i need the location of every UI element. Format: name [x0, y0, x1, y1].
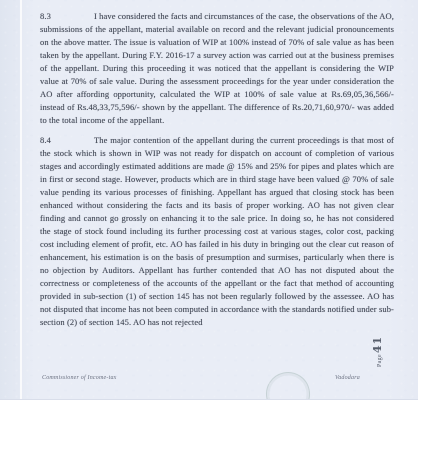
paragraph-number: 8.4	[40, 134, 94, 147]
document-body-text: 8.3I have considered the facts and circu…	[40, 10, 394, 336]
scanned-document-page: 8.3I have considered the facts and circu…	[0, 0, 418, 400]
page-number-value: 41	[371, 336, 384, 353]
paragraph-8-4: 8.4The major contention of the appellant…	[40, 134, 394, 329]
footer-office-title: Commissioner of Income-tax	[42, 375, 117, 381]
paragraph-text: I have considered the facts and circumst…	[40, 11, 394, 125]
paragraph-number: 8.3	[40, 10, 94, 23]
paragraph-text: The major contention of the appellant du…	[40, 135, 394, 327]
page-footer: Commissioner of Income-tax Vadodara	[0, 372, 418, 386]
page-fold-line	[20, 0, 22, 399]
footer-location: Vadodara	[335, 375, 360, 381]
page-number-prefix: Page	[377, 354, 383, 367]
page-number-label: Page 41	[371, 315, 385, 367]
paragraph-8-3: 8.3I have considered the facts and circu…	[40, 10, 394, 127]
